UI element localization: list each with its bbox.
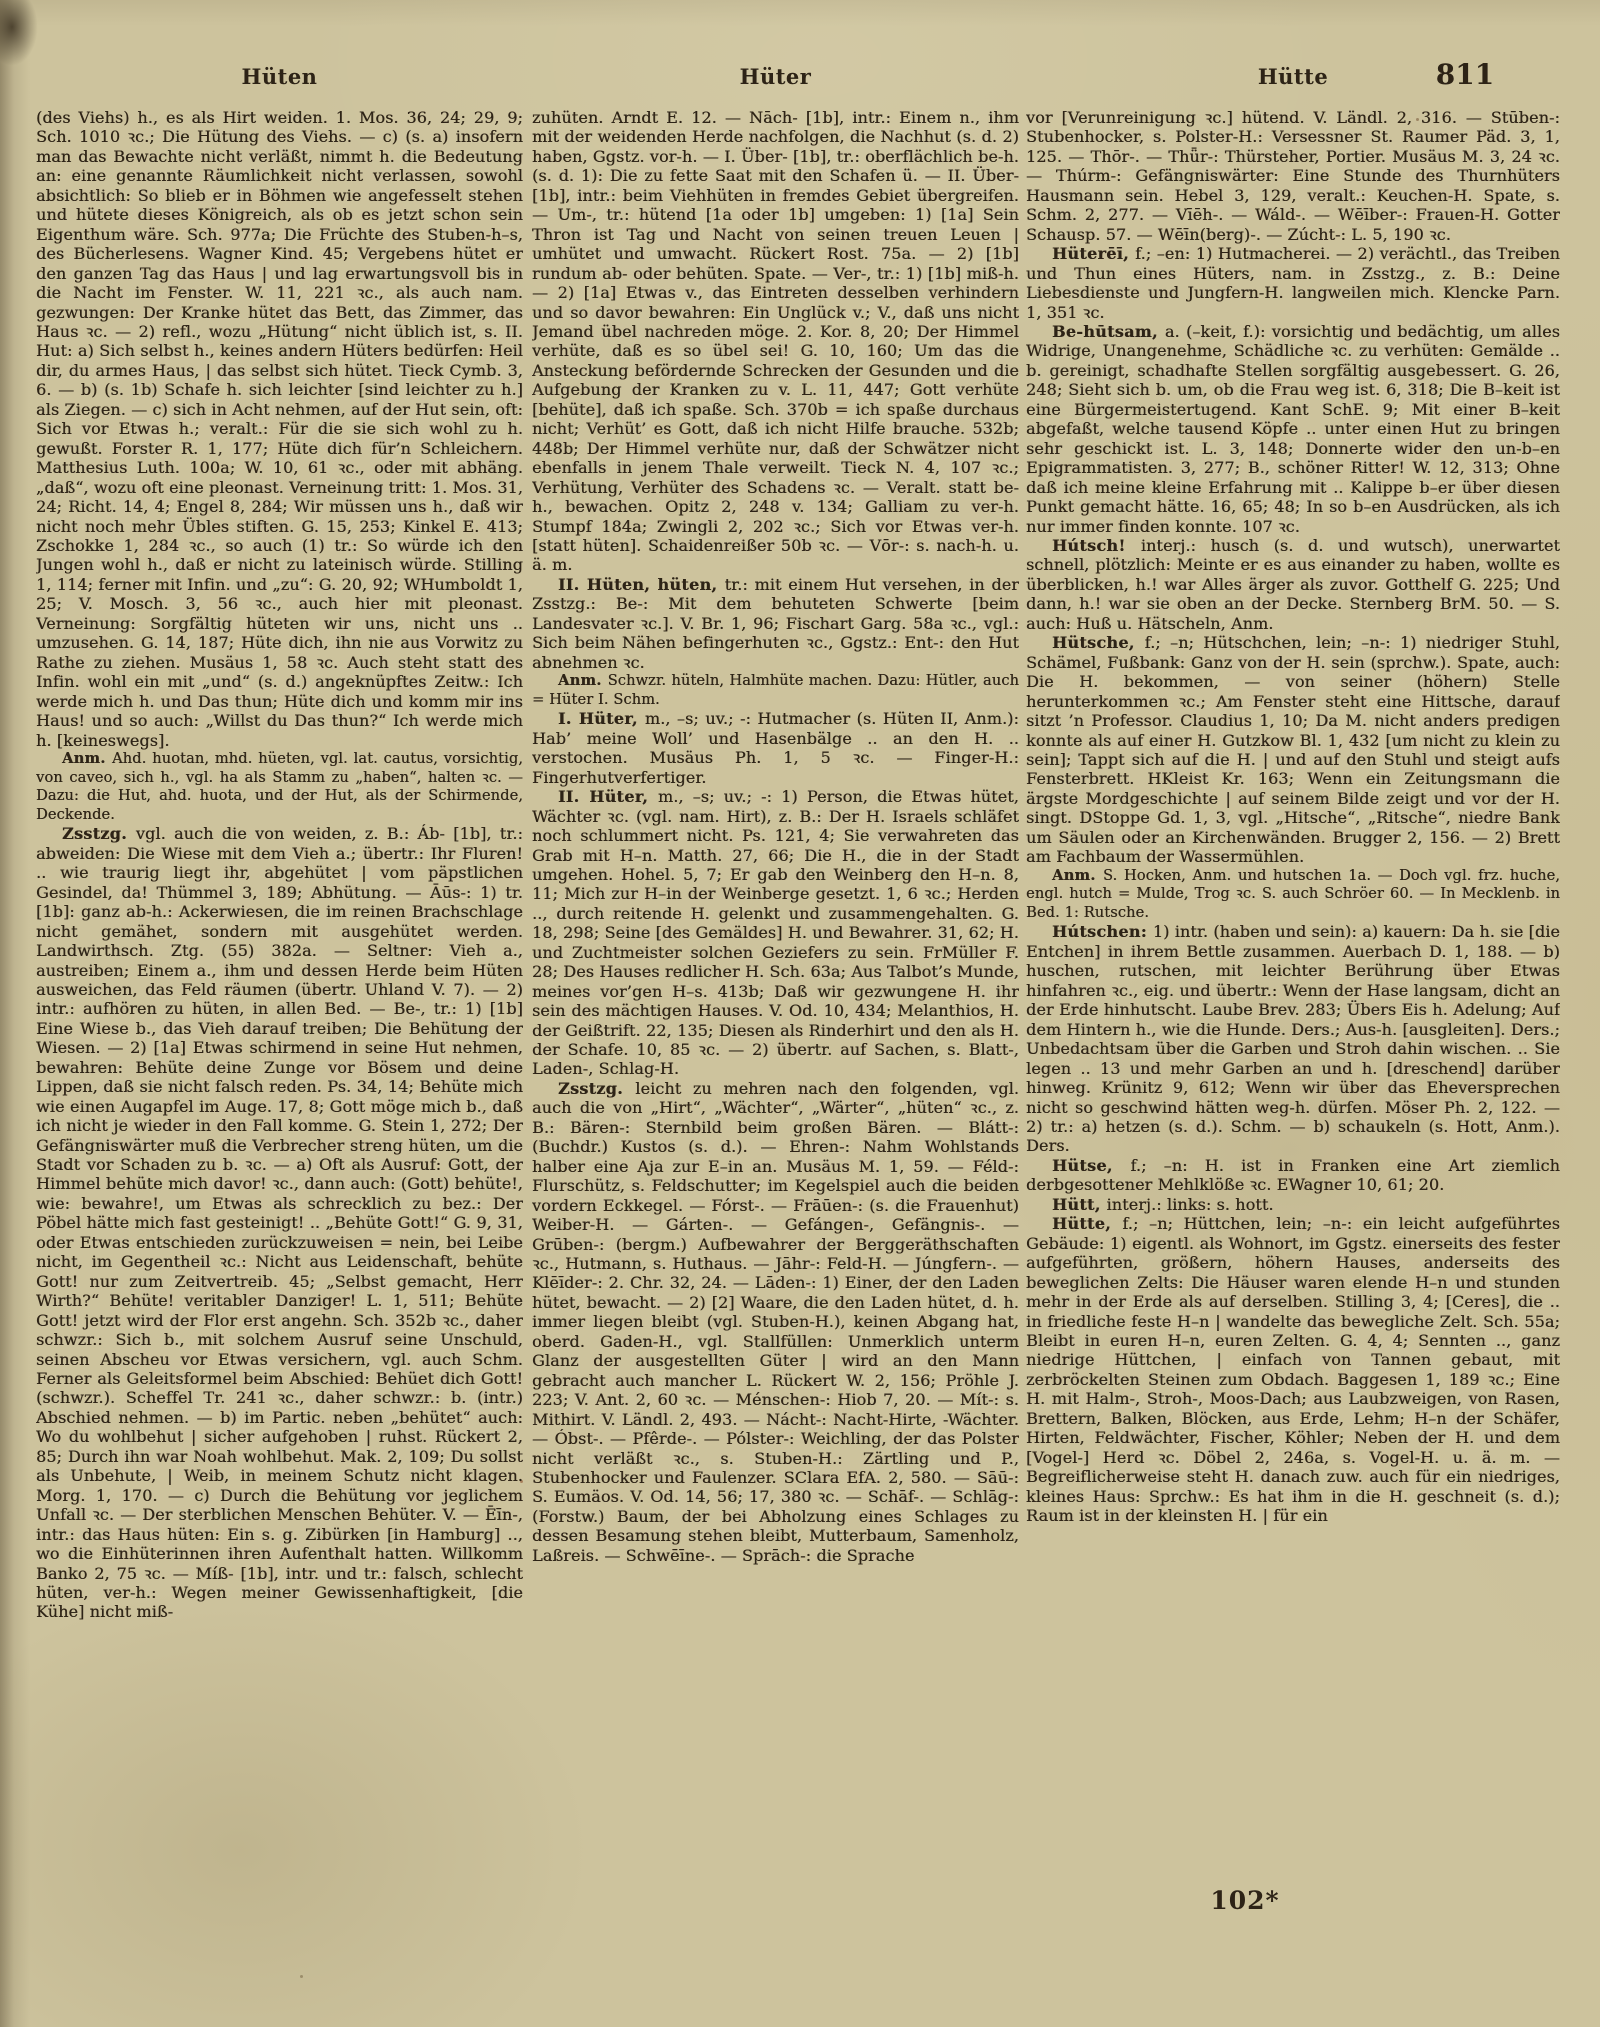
entry-headword: Anm. — [62, 750, 112, 767]
signature-mark: 102* — [1160, 1886, 1330, 1915]
text-column-3: vor [Verunreinigung ꝛc.] hütend. V. Länd… — [1026, 108, 1560, 1918]
dictionary-paragraph: Zsstzg. vgl. auch die von weiden, z. B.:… — [36, 824, 523, 1622]
paragraph-text: (des Viehs) h., es als Hirt weiden. 1. M… — [36, 108, 523, 750]
entry-headword: Zsstzg. — [62, 824, 136, 843]
text-column-2: zuhüten. Arndt E. 12. — Nāch- [1b], intr… — [532, 108, 1019, 1918]
entry-headword: Be-hūtsam, — [1052, 322, 1165, 341]
entry-headword: Hüterēī, — [1052, 244, 1135, 263]
running-head-hueter: Hüter — [532, 64, 1019, 92]
dictionary-paragraph: zuhüten. Arndt E. 12. — Nāch- [1b], intr… — [532, 108, 1019, 575]
foxing-spot — [300, 1975, 303, 1978]
page-corner-smudge — [0, 0, 38, 66]
entry-headword: Hútschen: — [1052, 922, 1153, 941]
paragraph-text: vor [Verunreinigung ꝛc.] hütend. V. Länd… — [1026, 108, 1560, 244]
paragraph-text: f.; –n; Hütschchen, lein; –n-: 1) niedri… — [1026, 633, 1560, 866]
paragraph-text: interj.: links: s. hott. — [1106, 1195, 1273, 1214]
dictionary-paragraph: I. Hüter, m., –s; uv.; -: Hutmacher (s. … — [532, 709, 1019, 787]
dictionary-paragraph: Anm. Schwzr. hüteln, Halmhüte machen. Da… — [532, 672, 1019, 709]
entry-headword: Hütte, — [1052, 1214, 1122, 1233]
dictionary-paragraph: Anm. S. Hocken, Anm. und hutschen 1a. — … — [1026, 867, 1560, 923]
paragraph-text: a. (–keit, f.): vorsichtig und bedächtig… — [1026, 322, 1560, 536]
scanned-book-page: Hüten Hüter Hütte 811 (des Viehs) h., es… — [0, 0, 1600, 2027]
entry-headword: I. Hüter, — [558, 709, 645, 728]
paragraph-text: 1) intr. (haben und sein): a) kauern: Da… — [1026, 922, 1560, 1155]
paragraph-text: f.; –n; Hüttchen, lein; –n-: ein leicht … — [1026, 1214, 1560, 1525]
entry-headword: II. Hüten, hüten, — [558, 575, 725, 594]
paragraph-text: leicht zu mehren nach den folgenden, vgl… — [532, 1079, 1019, 1565]
dictionary-paragraph: Zsstzg. leicht zu mehren nach den folgen… — [532, 1079, 1019, 1565]
running-head-hueten: Hüten — [36, 64, 523, 92]
dictionary-paragraph: II. Hüter, m., –s; uv.; -: 1) Person, di… — [532, 787, 1019, 1079]
entry-headword: Hútsch! — [1052, 536, 1141, 555]
entry-headword: Hütsche, — [1052, 633, 1145, 652]
dictionary-paragraph: Hütsche, f.; –n; Hütschchen, lein; –n-: … — [1026, 633, 1560, 866]
dictionary-paragraph: Hütse, f.; –n: H. ist in Franken eine Ar… — [1026, 1156, 1560, 1195]
paragraph-text: m., –s; uv.; -: 1) Person, die Etwas hüt… — [532, 787, 1019, 1078]
page-number: 811 — [1405, 58, 1525, 91]
entry-headword: Hütse, — [1052, 1156, 1130, 1175]
dictionary-paragraph: Hútsch! interj.: husch (s. d. und wutsch… — [1026, 536, 1560, 633]
dictionary-paragraph: (des Viehs) h., es als Hirt weiden. 1. M… — [36, 108, 523, 750]
dictionary-paragraph: vor [Verunreinigung ꝛc.] hütend. V. Länd… — [1026, 108, 1560, 244]
dictionary-paragraph: II. Hüten, hüten, tr.: mit einem Hut ver… — [532, 575, 1019, 672]
paragraph-text: zuhüten. Arndt E. 12. — Nāch- [1b], intr… — [532, 108, 1019, 574]
dictionary-paragraph: Anm. Ahd. huotan, mhd. hüeten, vgl. lat.… — [36, 750, 523, 824]
entry-headword: Anm. — [1052, 867, 1103, 884]
entry-headword: Anm. — [558, 672, 608, 689]
dictionary-paragraph: Hüterēī, f.; –en: 1) Hutmacherei. — 2) v… — [1026, 244, 1560, 322]
dictionary-paragraph: Be-hūtsam, a. (–keit, f.): vorsichtig un… — [1026, 322, 1560, 536]
entry-headword: Hütt, — [1052, 1195, 1106, 1214]
entry-headword: Zsstzg. — [558, 1079, 635, 1098]
paragraph-text: vgl. auch die von weiden, z. B.: Áb- [1b… — [36, 824, 523, 1621]
dictionary-paragraph: Hútschen: 1) intr. (haben und sein): a) … — [1026, 922, 1560, 1155]
text-column-1: (des Viehs) h., es als Hirt weiden. 1. M… — [36, 108, 523, 1918]
dictionary-paragraph: Hütt, interj.: links: s. hott. — [1026, 1195, 1560, 1214]
dictionary-paragraph: Hütte, f.; –n; Hüttchen, lein; –n-: ein … — [1026, 1214, 1560, 1525]
paragraph-text: S. Hocken, Anm. und hutschen 1a. — Doch … — [1026, 867, 1560, 921]
entry-headword: II. Hüter, — [558, 787, 658, 806]
